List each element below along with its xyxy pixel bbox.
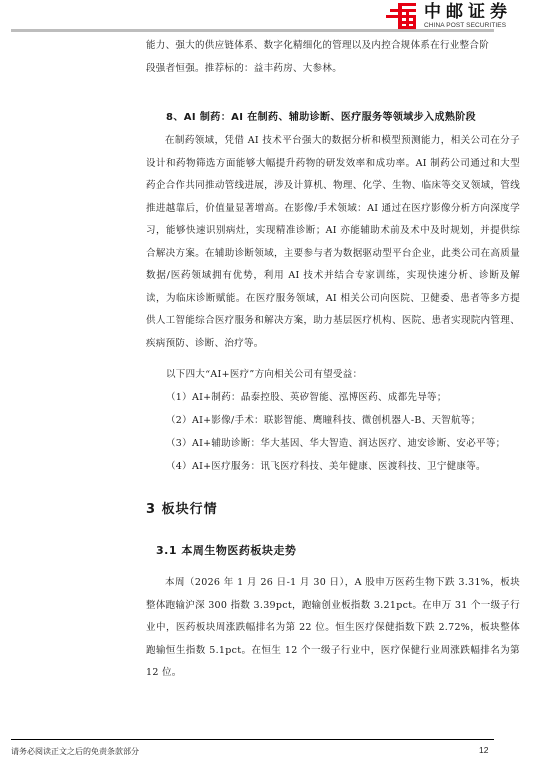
benefit-intro: 以下四大“AI+医疗”方向相关公司有望受益：: [166, 366, 362, 380]
benefit-item-3: （3）AI+辅助诊断：华大基因、华大智造、润达医疗、迪安诊断、安必平等；: [166, 435, 505, 449]
logo-english-name: CHINA POST SECURITIES: [424, 22, 512, 29]
footer-divider: [11, 739, 494, 740]
header-divider: [11, 29, 494, 32]
page-number: 12: [479, 745, 488, 755]
logo-chinese-name: 中邮证券: [424, 3, 512, 21]
subheading-ai-pharma: 8、AI 制药：AI 在制药、辅助诊断、医疗服务等领域步入成熟阶段: [166, 108, 476, 123]
china-post-logo-icon: [384, 2, 418, 30]
section-3-1-heading: 3.1 本周生物医药板块走势: [156, 542, 296, 558]
benefit-item-2: （2）AI+影像/手术：联影智能、鹰瞳科技、微创机器人-B、天智航等；: [166, 412, 481, 426]
footer-disclaimer: 请务必阅读正文之后的免责条款部分: [11, 746, 139, 757]
company-logo: 中邮证券 CHINA POST SECURITIES: [384, 2, 512, 30]
ai-paragraph-text: 在制药领域，凭借 AI 技术平台强大的数据分析和模型预测能力，相关公司在分子设计…: [146, 130, 520, 355]
section-3-heading: 3 板块行情: [146, 498, 218, 517]
intro-paragraph: 能力、强大的供应链体系、数字化精细化的管理以及内控合规体系在行业整合阶 段强者恒…: [146, 35, 520, 80]
market-paragraph-text: 本周（2026 年 1 月 26 日-1 月 30 日），A 股申万医药生物下跌…: [146, 572, 520, 685]
benefit-item-4: （4）AI+医疗服务：讯飞医疗科技、美年健康、医渡科技、卫宁健康等。: [166, 458, 486, 472]
market-paragraph: 本周（2026 年 1 月 26 日-1 月 30 日），A 股申万医药生物下跌…: [146, 572, 520, 685]
benefit-item-1: （1）AI+制药：晶泰控股、英矽智能、泓博医药、成都先导等；: [166, 389, 447, 403]
intro-line-2: 段强者恒强。推荐标的：益丰药房、大参林。: [146, 58, 520, 81]
ai-paragraph: 在制药领域，凭借 AI 技术平台强大的数据分析和模型预测能力，相关公司在分子设计…: [146, 130, 520, 355]
intro-line-1: 能力、强大的供应链体系、数字化精细化的管理以及内控合规体系在行业整合阶: [146, 35, 520, 58]
